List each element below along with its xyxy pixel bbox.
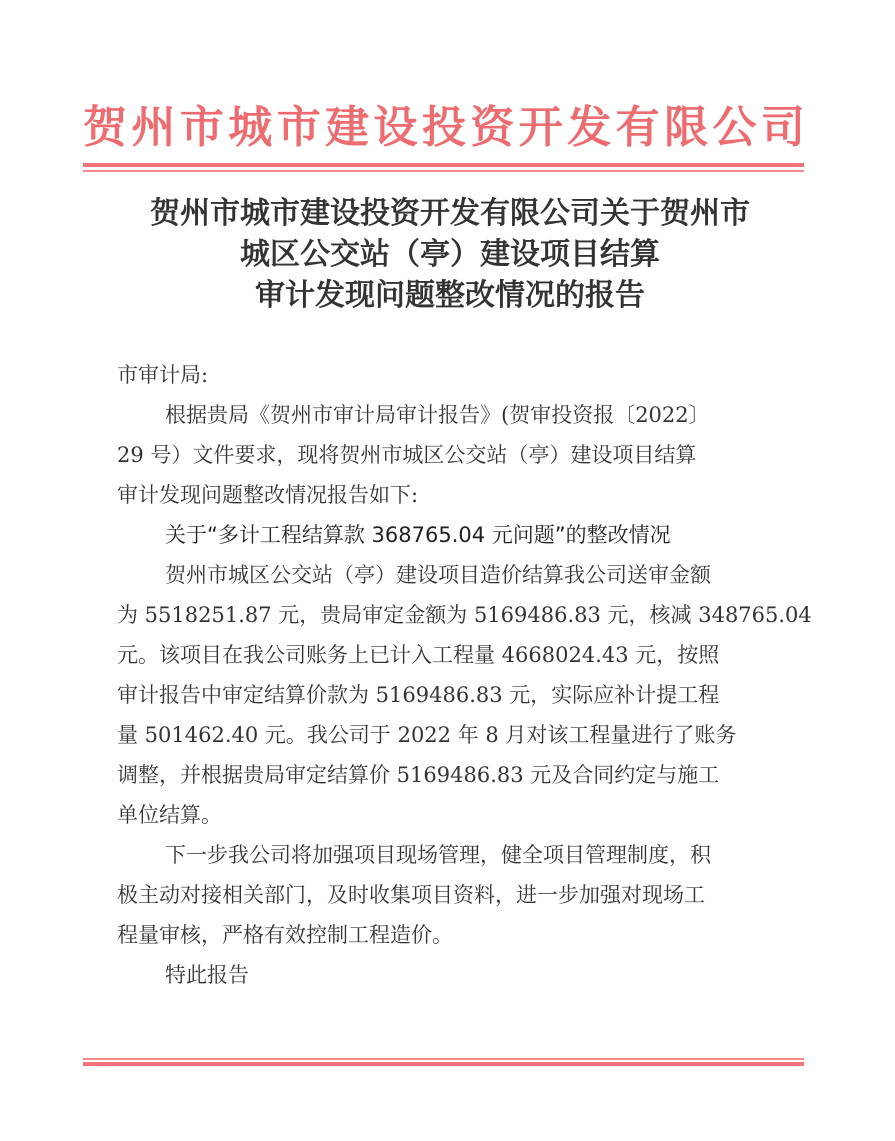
closing-remark: 特此报告 — [117, 955, 789, 995]
paragraph-1-line: 根据贵局《贺州市审计局审计报告》(贺审投资报〔2022〕 — [117, 395, 789, 435]
letterhead-char: 设 — [374, 100, 418, 156]
letterhead-char: 市 — [180, 100, 224, 156]
letterhead-char: 城 — [228, 100, 272, 156]
letterhead-char: 资 — [470, 100, 514, 156]
document-title: 贺州市城市建设投资开发有限公司关于贺州市 城区公交站（亭）建设项目结算 审计发现… — [100, 193, 800, 316]
paragraph-2-line: 贺州市城区公交站（亭）建设项目造价结算我公司送审金额 — [117, 555, 789, 595]
footer-rule-thin — [83, 1058, 804, 1060]
letterhead-company-name: 贺 州 市 城 市 建 设 投 资 开 发 有 限 公 司 — [83, 100, 805, 156]
letterhead-char: 有 — [616, 100, 660, 156]
letterhead-char: 公 — [712, 100, 756, 156]
letterhead-char: 州 — [131, 100, 175, 156]
header-rule-thin — [83, 170, 804, 172]
title-line-1: 贺州市城市建设投资开发有限公司关于贺州市 — [100, 193, 800, 234]
letterhead-char: 发 — [567, 100, 611, 156]
paragraph-2-line: 为 5518251.87 元，贵局审定金额为 5169486.83 元，核减 3… — [117, 595, 789, 635]
paragraph-2-line: 调整，并根据贵局审定结算价 5169486.83 元及合同约定与施工 — [117, 755, 789, 795]
paragraph-2-line: 单位结算。 — [117, 795, 789, 835]
paragraph-2-line: 量 501462.40 元。我公司于 2022 年 8 月对该工程量进行了账务 — [117, 715, 789, 755]
paragraph-1-line: 29 号）文件要求，现将贺州市城区公交站（亭）建设项目结算 — [117, 435, 789, 475]
footer-rule-thick — [83, 1062, 804, 1066]
title-line-3: 审计发现问题整改情况的报告 — [100, 275, 800, 316]
letterhead-char: 司 — [761, 100, 805, 156]
paragraph-2-line: 审计报告中审定结算价款为 5169486.83 元，实际应补计提工程 — [117, 675, 789, 715]
letterhead-char: 投 — [422, 100, 466, 156]
letterhead-char: 限 — [664, 100, 708, 156]
header-rule-thick — [83, 163, 804, 167]
paragraph-3-line: 下一步我公司将加强项目现场管理，健全项目管理制度，积 — [117, 835, 789, 875]
document-body: 市审计局: 根据贵局《贺州市审计局审计报告》(贺审投资报〔2022〕 29 号）… — [117, 355, 789, 995]
letterhead-char: 开 — [519, 100, 563, 156]
paragraph-3-line: 程量审核，严格有效控制工程造价。 — [117, 915, 789, 955]
letterhead-char: 市 — [277, 100, 321, 156]
section-heading: 关于“多计工程结算款 368765.04 元问题”的整改情况 — [117, 515, 789, 555]
paragraph-1-line: 审计发现问题整改情况报告如下: — [117, 475, 789, 515]
paragraph-3-line: 极主动对接相关部门，及时收集项目资料，进一步加强对现场工 — [117, 875, 789, 915]
letterhead-char: 建 — [325, 100, 369, 156]
letterhead-char: 贺 — [83, 100, 127, 156]
salutation: 市审计局: — [117, 355, 789, 395]
title-line-2: 城区公交站（亭）建设项目结算 — [100, 234, 800, 275]
paragraph-2-line: 元。该项目在我公司账务上已计入工程量 4668024.43 元，按照 — [117, 635, 789, 675]
